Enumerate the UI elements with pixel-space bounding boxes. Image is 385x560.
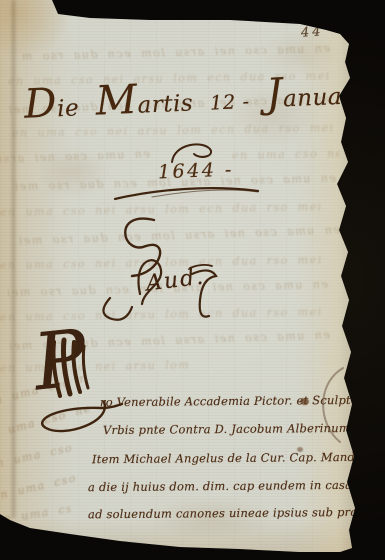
photo-backdrop: en uma cso nei arsu lom ecn dua rso mei … (0, 0, 385, 560)
body-line: Item Michael Angelus de la Cur. Cap. Man… (92, 450, 371, 466)
heading-day-number: 12 - (209, 90, 250, 115)
bleedthrough-line: en uma cso nei arsu lom ecn dua rso mei … (232, 147, 340, 166)
year-heading: 1644 - (158, 159, 235, 184)
manuscript-page: en uma cso nei arsu lom ecn dua rso mei … (0, 0, 385, 560)
heading-word-die: Die (23, 79, 80, 127)
ink-blot (297, 447, 303, 452)
body-line: Vrbis pnte Contra D. Jacobum Alberinum (103, 421, 350, 437)
body-line: a die ij huius dom. dim. cap eundem in c… (88, 478, 352, 494)
body-line: ad soluendum canones uineae ipsius sub p… (88, 505, 382, 522)
ink-blot (300, 398, 309, 405)
initial-p-hatching (40, 334, 100, 404)
heading-word-martis: Martis (95, 74, 194, 124)
heading-word-month: Januarij (265, 67, 370, 117)
year-underline-flourish (112, 184, 262, 204)
body-line: ro Venerabile Accademia Pictor. et Sculp… (100, 393, 366, 409)
folio-number: 44 (301, 24, 325, 41)
bleedthrough-line: en uma cso nei arsu lom ecn dua rso mei … (0, 358, 200, 378)
